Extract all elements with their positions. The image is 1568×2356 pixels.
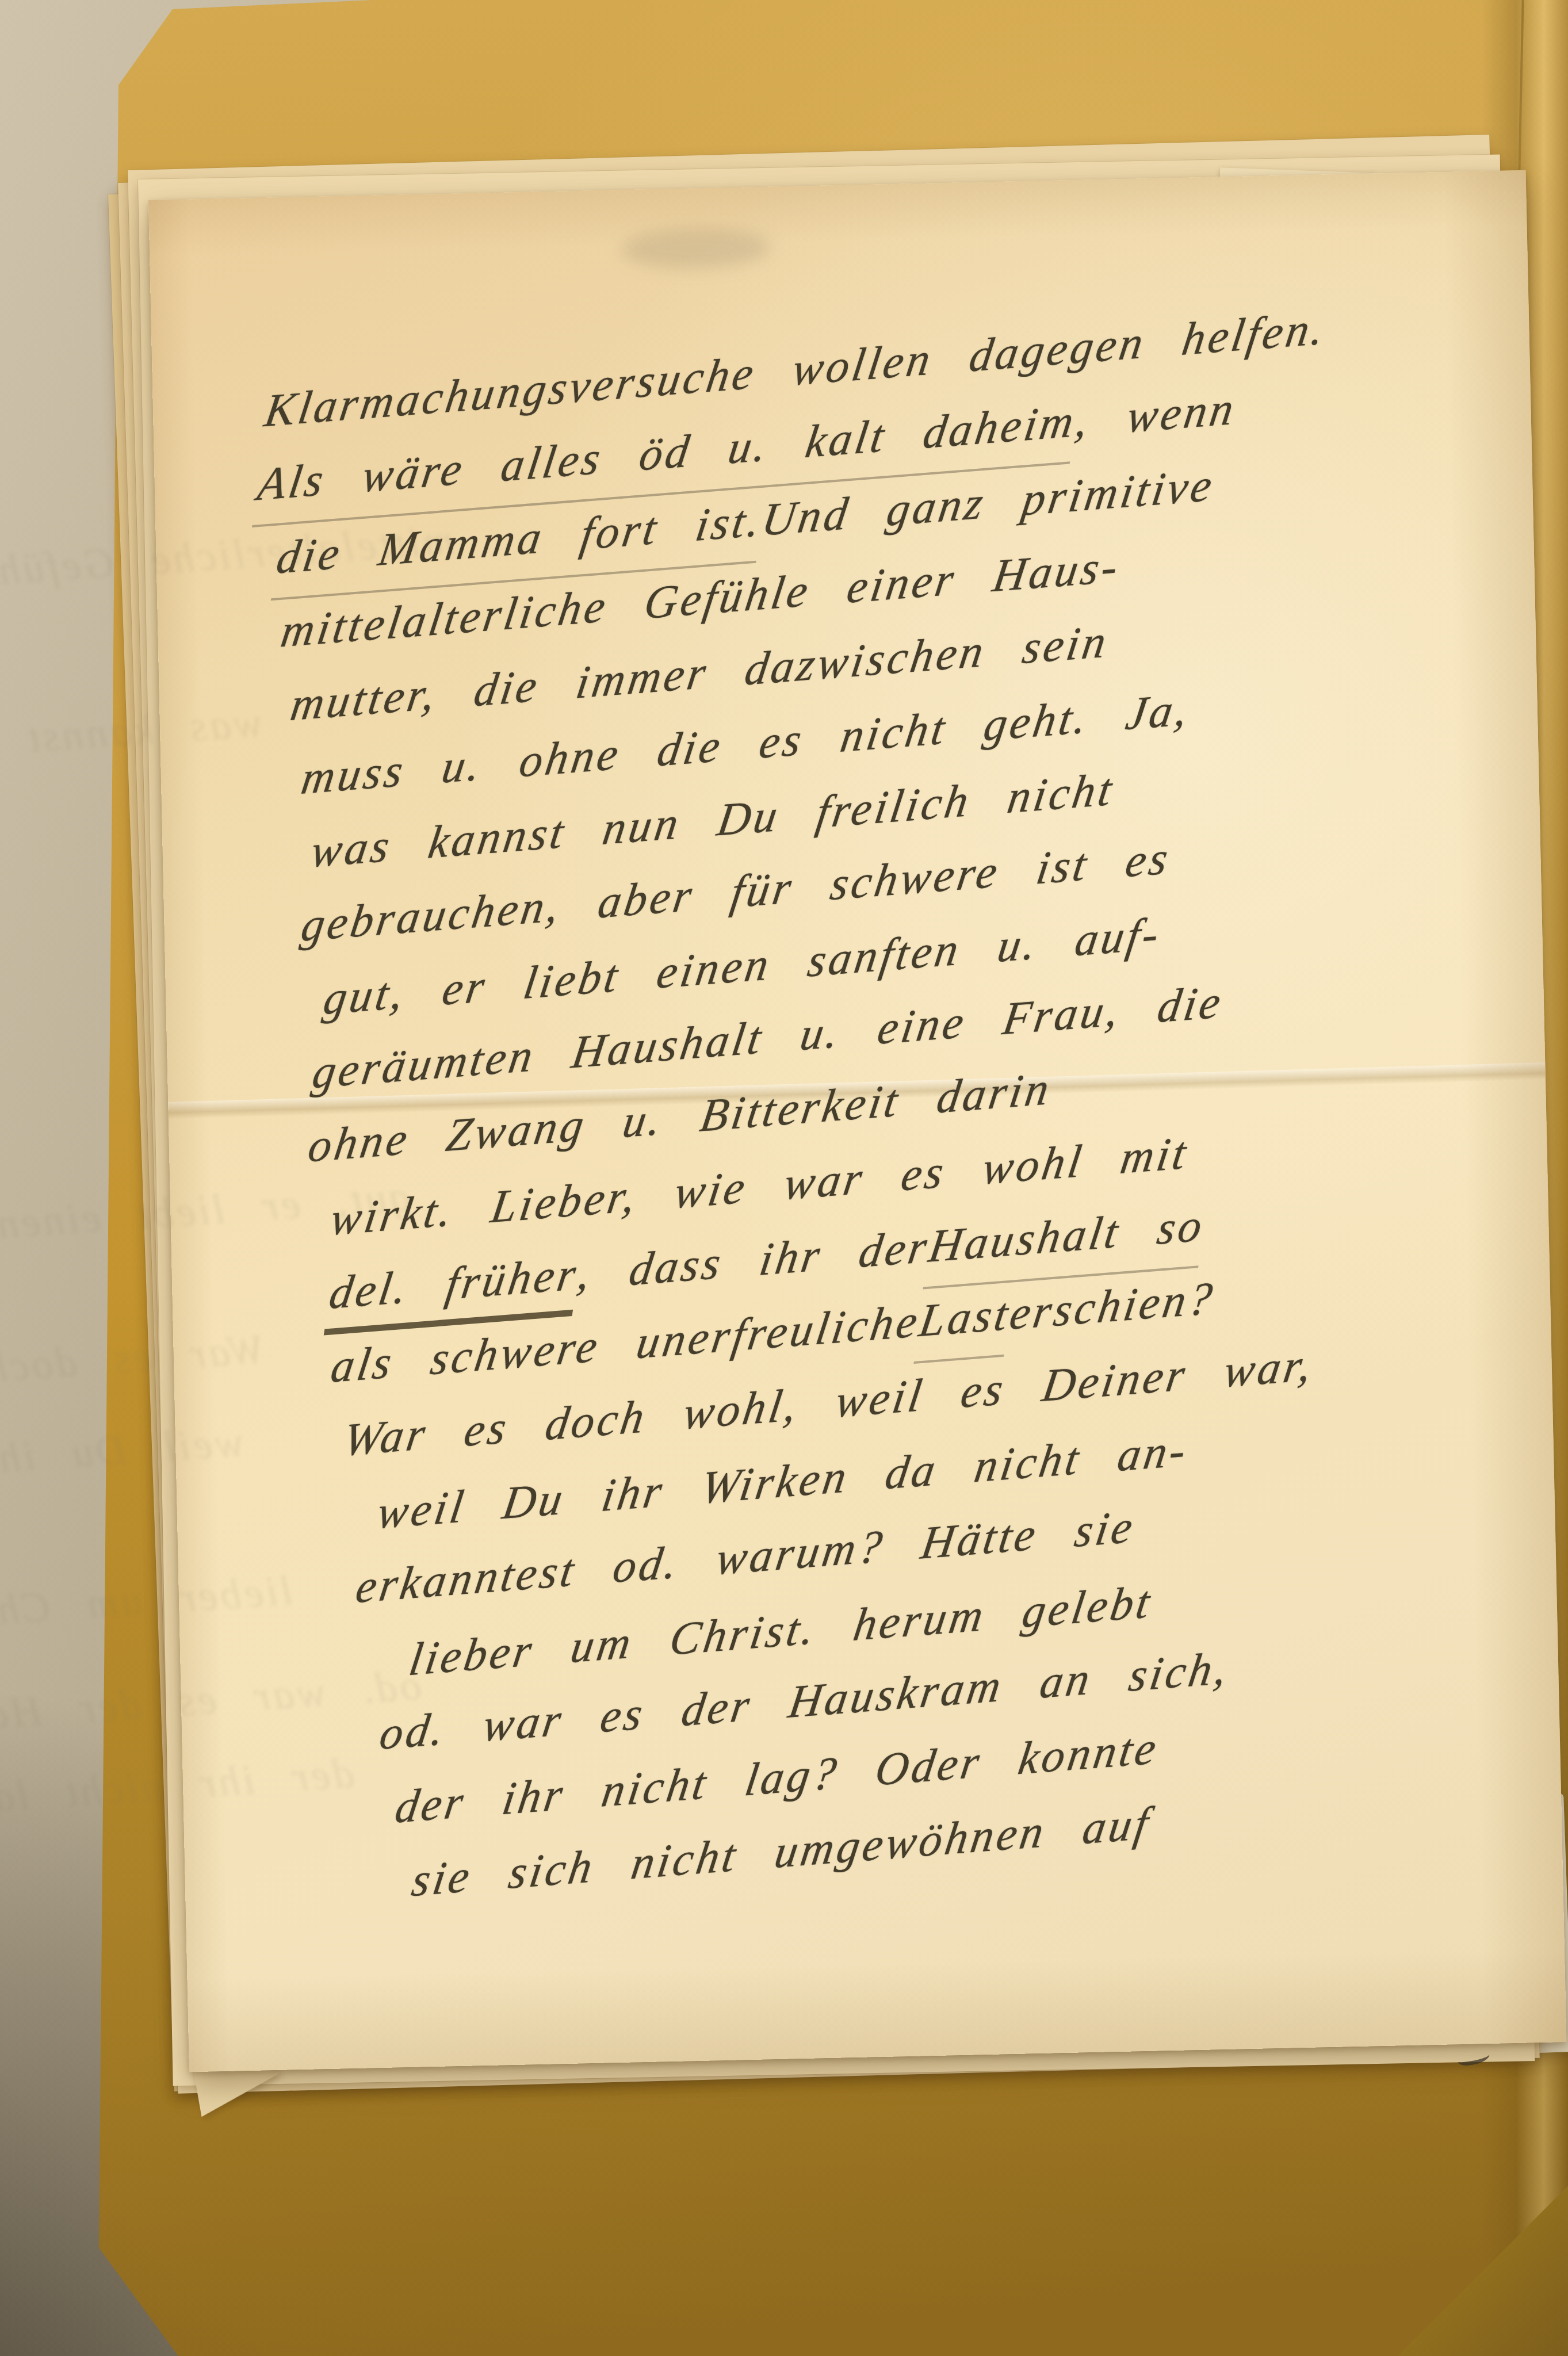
photo-backdrop: mittelalterliche Gefühle einer Haus-was … (0, 0, 1568, 2356)
letter-page: mittelalterliche Gefühle einer Haus-was … (148, 170, 1566, 2072)
letter-segment: , wenn (1072, 378, 1241, 452)
letter-segment: Last (913, 1283, 1015, 1364)
letter-segment: , dass ihr der (573, 1216, 934, 1305)
letter-text-layer: Klarmachungsversuche wollen dagegen helf… (148, 170, 1566, 2072)
